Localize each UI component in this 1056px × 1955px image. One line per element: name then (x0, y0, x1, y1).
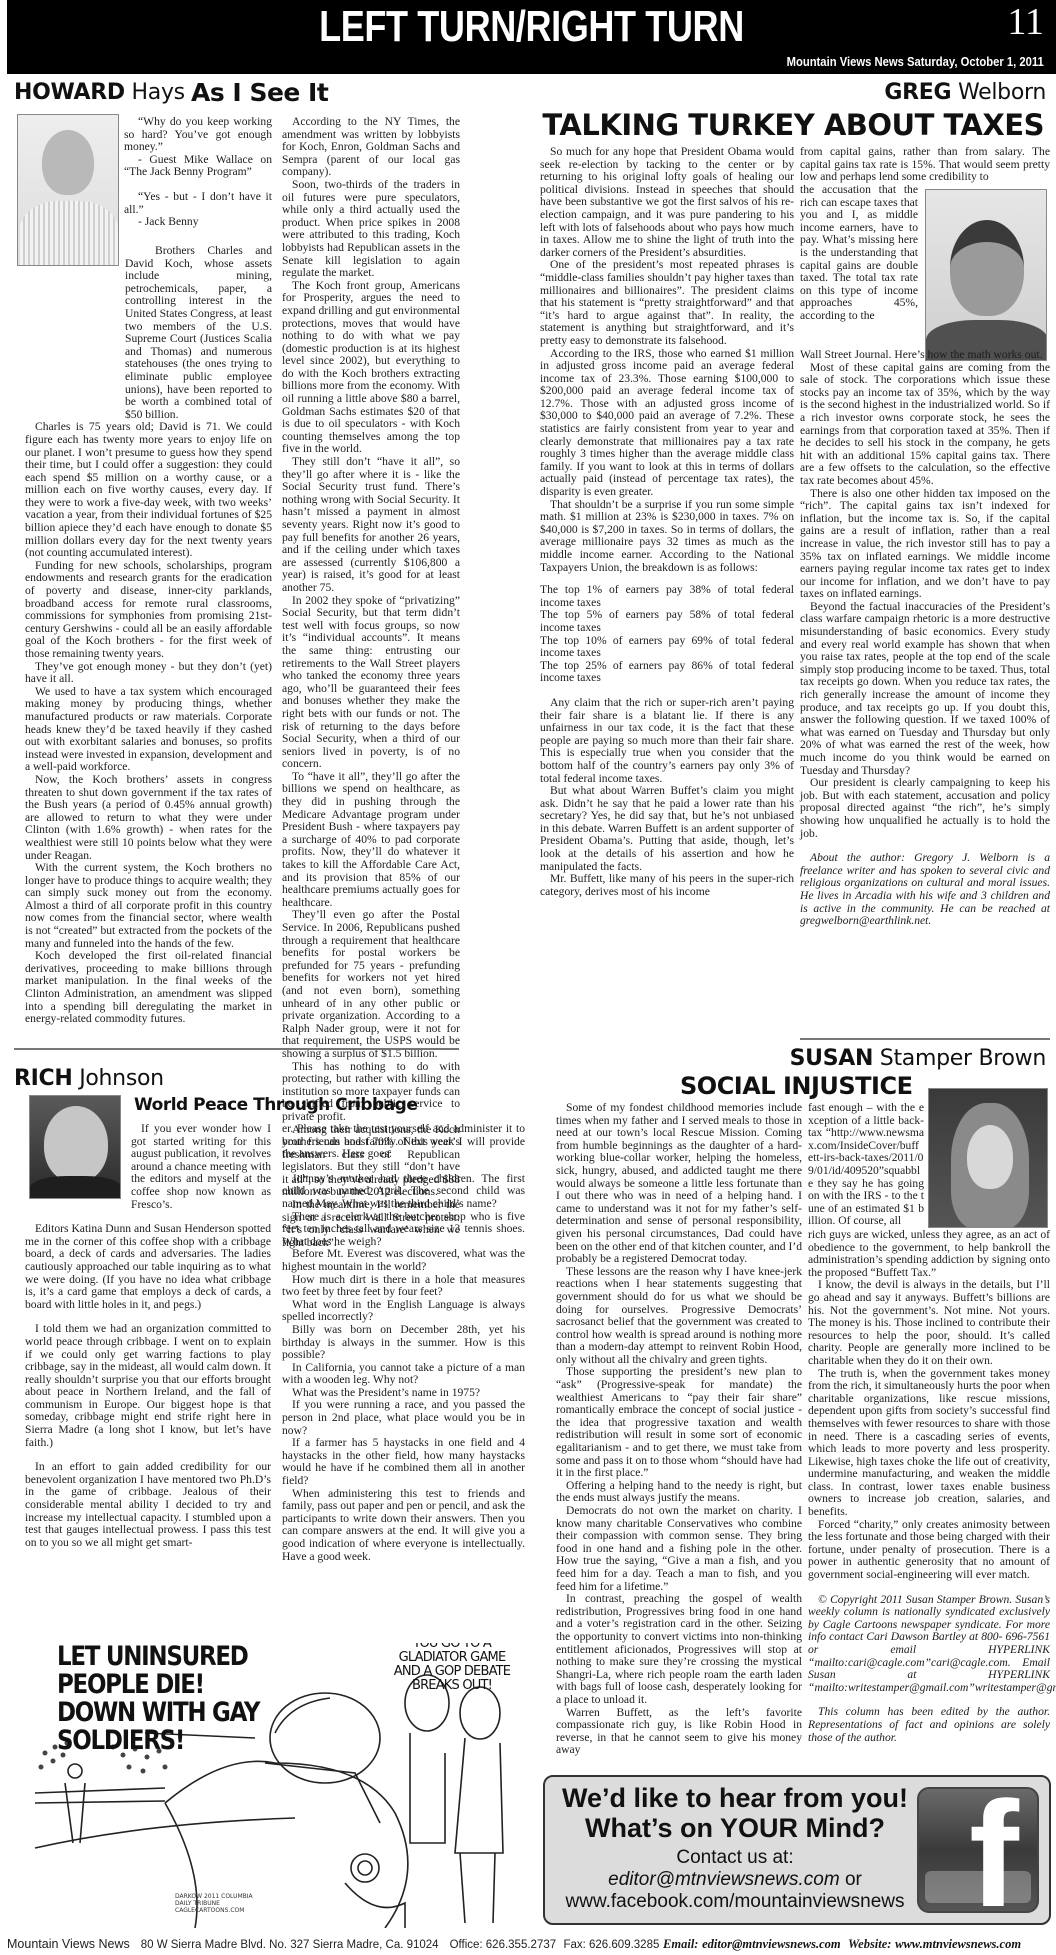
byline-last: Stamper Brown (880, 1046, 1046, 1071)
byline-last: Johnson (79, 1066, 164, 1091)
author-photo (928, 1088, 1048, 1228)
footer-website-link[interactable]: www.mtnviewsnews.com (895, 1937, 1021, 1951)
byline-first: SUSAN (790, 1046, 874, 1071)
byline-first: RICH (14, 1066, 72, 1091)
list-item: The top 25% of earners pay 86% of total … (540, 660, 794, 685)
about-author: About the author: Gregory J. Welborn is … (800, 852, 1050, 928)
author-photo (17, 114, 119, 266)
quiz-question: In California, you cannot take a picture… (282, 1362, 525, 1387)
quiz-question: How much dirt is there in a hole that me… (282, 1274, 525, 1299)
list-item: The top 1% of earners pay 38% of total f… (540, 584, 794, 609)
divider (800, 1038, 1050, 1040)
list-item: The top 10% of earners pay 69% of total … (540, 635, 794, 660)
reader-feedback-ad: We’d like to hear from you! What’s on YO… (543, 1775, 1051, 1925)
quiz-question: What word in the English Language is alw… (282, 1299, 525, 1324)
byline-last: Hays (132, 80, 185, 105)
headline: TALKING TURKEY ABOUT TAXES (542, 108, 1044, 142)
email-link[interactable]: editor@mtnviewsnews.com (608, 1869, 840, 1890)
column-text-1: So much for any hope that President Obam… (540, 146, 794, 898)
dateline: Mountain Views News Saturday, October 1,… (787, 55, 1044, 69)
list-item: The top 5% of earners pay 58% of total f… (540, 609, 794, 634)
opening-quotes: “Why do you keep working so hard? You’ve… (124, 116, 272, 229)
page-number: 11 (1007, 0, 1044, 44)
cartoon-speech-right: YOU GO TO A GLADIATOR GAME AND A GOP DEB… (387, 1643, 515, 1693)
column-text-1: Some of my fondest childhood memories in… (556, 1102, 802, 1757)
section-title: LEFT TURN/RIGHT TURN (101, 2, 961, 52)
page-footer: Mountain Views News 80 W Sierra Madre Bl… (7, 1937, 1056, 1952)
column-text-2-wrap: fast enough – with the exception of a li… (808, 1102, 924, 1228)
byline: SUSAN Stamper Brown (790, 1046, 1046, 1071)
divider (14, 1048, 459, 1050)
byline: HOWARD Hays (14, 80, 185, 105)
footer-address: 80 W Sierra Madre Blvd. No. 327 Sierra M… (141, 1939, 439, 1951)
column-text-1: Brothers Charles and David Koch, whose a… (25, 245, 272, 1026)
headline: World Peace Through Cribbage (134, 1095, 417, 1115)
facebook-link[interactable]: www.facebook.com/mountainviewsnews (550, 1891, 920, 1913)
author-photo (925, 189, 1047, 361)
quiz-question: Johnny’s mother had three children. The … (282, 1173, 525, 1211)
quiz-question: Before Mt. Everest was discovered, what … (282, 1248, 525, 1273)
cartoon-signature: DARKOW 2011 COLUMBIA DAILY TRIBUNE CAGLE… (175, 1893, 265, 1914)
quiz-question: Billy was born on December 28th, yet his… (282, 1324, 525, 1362)
column-text-2-cont: Wall Street Journal. Here’s how the math… (800, 349, 1050, 928)
footer-paper-name: Mountain Views News (7, 1937, 130, 1951)
facebook-icon[interactable]: f (917, 1787, 1039, 1913)
byline-first: GREG (884, 80, 951, 105)
byline-last: Welborn (958, 80, 1046, 105)
footer-office: Office: 626.355.2737 (450, 1939, 557, 1951)
column-text-2: from capital gains, rather than from sal… (800, 146, 1050, 184)
column-text-2: According to the NY Times, the amendment… (282, 116, 460, 1249)
masthead: LEFT TURN/RIGHT TURN 11 Mountain Views N… (7, 0, 1056, 74)
column-title: As I See It (191, 78, 328, 107)
byline: RICH Johnson (14, 1066, 164, 1091)
footer-email-link[interactable]: editor@mtnviewsnews.com (702, 1937, 841, 1951)
column-text-2-wrap: the accusation that the rich can escape … (800, 184, 918, 323)
cartoon-speech-left: LET UNINSURED PEOPLE DIE! DOWN WITH GAY … (57, 1643, 261, 1755)
ad-contact: Contact us at: editor@mtnviewsnews.com o… (550, 1847, 920, 1913)
footer-fax: Fax: 626.609.3285 (563, 1939, 659, 1951)
quiz-question: There is a clerk at the butcher shop who… (282, 1211, 525, 1249)
column-text-2: er. Please take the test yourself and ad… (282, 1123, 525, 1563)
ad-headline: We’d like to hear from you! What’s on YO… (555, 1783, 915, 1843)
tax-breakdown-list: The top 1% of earners pay 38% of total f… (540, 584, 794, 685)
quiz-question: If a farmer has 5 haystacks in one field… (282, 1437, 525, 1487)
editorial-cartoon: LET UNINSURED PEOPLE DIE! DOWN WITH GAY … (25, 1643, 515, 1928)
column-text-2-cont: rich guys are wicked, unless they agree,… (808, 1229, 1050, 1744)
quiz-question: If you were running a race, and you pass… (282, 1399, 525, 1437)
byline-first: HOWARD (14, 80, 125, 105)
headline: SOCIAL INJUSTICE (680, 1072, 912, 1100)
byline: GREG Welborn (884, 80, 1046, 105)
copyright-note: © Copyright 2011 Susan Stamper Brown. Su… (808, 1594, 1050, 1695)
editor-note: This column has been edited by the autho… (808, 1706, 1050, 1744)
column-text-1: If you ever wonder how I got started wri… (25, 1123, 271, 1549)
